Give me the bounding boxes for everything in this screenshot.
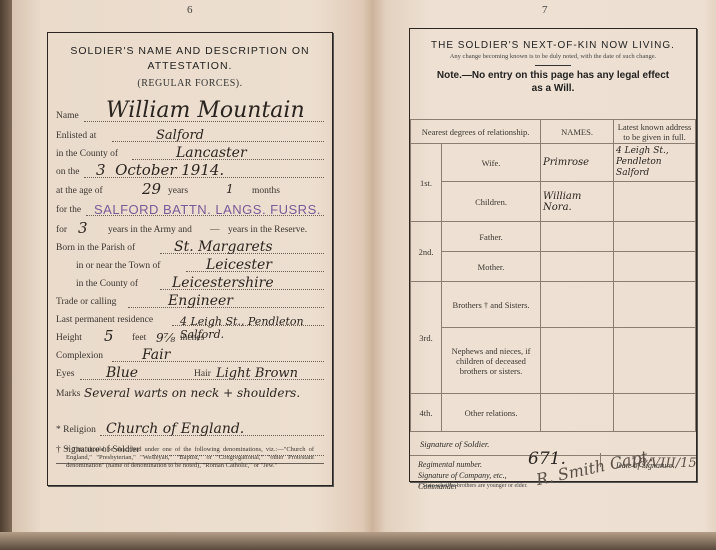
brothers-footnote: † State whether brothers are younger or … (418, 483, 528, 489)
field-age: at the age of 29 years 1 months (56, 184, 324, 198)
page-number: 6 (187, 4, 193, 16)
next-of-kin-form: THE SOLDIER'S NEXT-OF-KIN NOW LIVING. An… (409, 28, 697, 482)
field-parish: Born in the Parish of St. Margarets (56, 241, 324, 255)
field-religion: * Religion Church of England. (56, 423, 324, 437)
unit-stamp: SALFORD BATTN. LANGS. FUSRS. (94, 202, 321, 217)
field-eyes-hair: Eyes Blue Hair Light Brown (56, 367, 324, 381)
field-trade: Trade or calling Engineer (56, 295, 324, 309)
field-name: Name William Mountain (56, 109, 324, 123)
field-unit: for the SALFORD BATTN. LANGS. FUSRS. (56, 203, 324, 217)
page-number: 7 (542, 4, 548, 16)
signature-date: 18/VIII/15 (630, 456, 697, 471)
form-subtitle: (REGULAR FORCES). (48, 78, 332, 89)
table-row: Nephews and nieces, if children of decea… (411, 328, 696, 394)
book-bottom-edge (0, 532, 716, 550)
table-row: 4th. Other relations. (411, 394, 696, 432)
form-title-2: ATTESTATION. (48, 60, 332, 72)
field-town: in or near the Town of Leicester (56, 259, 324, 273)
field-birth-county: in the County of Leicestershire (56, 277, 324, 291)
field-height: Height 5 feet 9⅞ inches (56, 331, 324, 345)
form-title: THE SOLDIER'S NEXT-OF-KIN NOW LIVING. (410, 40, 696, 51)
form-title: SOLDIER'S NAME AND DESCRIPTION ON (48, 45, 332, 57)
field-term: for 3 years in the Army and — years in t… (56, 223, 324, 237)
field-residence: Last permanent residence 4 Leigh St., Pe… (56, 313, 324, 327)
table-row: 3rd. Brothers † and Sisters. (411, 282, 696, 328)
open-paybook: 6 SOLDIER'S NAME AND DESCRIPTION ON ATTE… (0, 0, 716, 550)
attestation-form: SOLDIER'S NAME AND DESCRIPTION ON ATTEST… (47, 32, 333, 486)
field-marks: Marks Several warts on neck + shoulders. (56, 385, 324, 415)
form-subtitle: Any change becoming known is to be duly … (410, 53, 696, 60)
field-date: on the 3 October 1914. (56, 165, 324, 179)
soldier-name: William Mountain (106, 98, 305, 123)
field-county: in the County of Lancaster (56, 147, 324, 161)
table-row: 2nd. Father. (411, 222, 696, 252)
field-complexion: Complexion Fair (56, 349, 324, 363)
field-enlisted-at: Enlisted at Salford (56, 129, 324, 143)
table-row: 1st. Wife. Primrose 4 Leigh St., Pendlet… (411, 144, 696, 182)
table-row: Children. William Nora. (411, 182, 696, 222)
table-row: Mother. (411, 252, 696, 282)
religion-footnote: * This should be described under one of … (66, 446, 314, 470)
next-of-kin-table: Nearest degrees of relationship. NAMES. … (410, 119, 696, 432)
legal-note: Note.—No entry on this page has any lega… (410, 69, 696, 95)
